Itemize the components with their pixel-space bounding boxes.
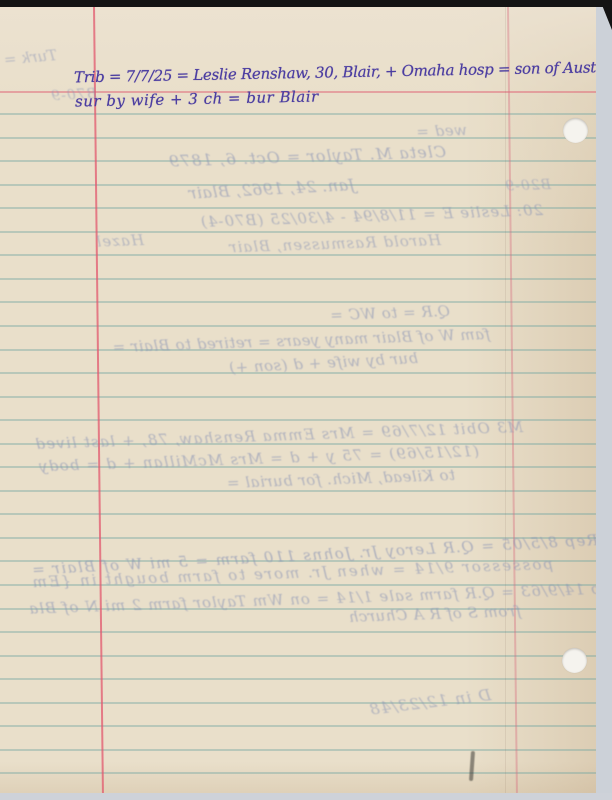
hole-punch-top: [563, 118, 588, 143]
bleed-text-line: wed =: [416, 121, 468, 141]
ruled-line: [0, 678, 596, 680]
bleed-text-line: Turk =: [3, 46, 58, 69]
bleed-text-line: Harold Rasmussen, Blair: [228, 231, 441, 256]
paper-crease: [505, 6, 506, 793]
scan-edge-bottom: [0, 793, 612, 800]
bleed-text-line: Hazel: [95, 231, 144, 251]
bleed-text-line: 20: Leslie E = 11/8/94 - 4/30/25 (B70-4): [200, 201, 544, 231]
ruled-line: [0, 490, 596, 492]
ruled-line: [0, 278, 596, 280]
ruled-line: [0, 396, 596, 398]
left-margin-line: [93, 6, 104, 793]
ruled-line: [0, 254, 596, 256]
ruled-line: [0, 301, 596, 303]
pencil-smudge: [469, 751, 475, 781]
ruled-line: [0, 231, 596, 233]
ruled-line: [0, 113, 596, 115]
bleed-text-line: D in 12/23/48: [367, 685, 492, 719]
ruled-line: [0, 655, 596, 657]
ruled-line: [0, 772, 596, 774]
right-margin-line: [507, 6, 517, 793]
bleed-text-line: B20-9: [504, 177, 551, 195]
ruled-line: [0, 137, 596, 139]
handwritten-entry-line-1: Trib = 7/7/25 = Leslie Renshaw, 30, Blai…: [74, 58, 612, 87]
ruled-line: [0, 725, 596, 727]
ruled-line: [0, 749, 596, 751]
scan-edge-top: [0, 0, 612, 7]
bleed-text-line: fam W of Blair many years = retired to B…: [112, 325, 490, 356]
ruled-line: [0, 631, 596, 633]
scan-edge-right: [596, 0, 612, 800]
bleed-text-line: Cleta M. Taylor = Oct. 6, 1879: [168, 142, 447, 171]
paper-sheet: Turk =B70-9wed =Cleta M. Taylor = Oct. 6…: [0, 6, 596, 793]
hole-punch-bottom: [562, 648, 587, 673]
bleed-text-line: Q.R = to WC =: [329, 302, 450, 324]
handwritten-entry-line-2: sur by wife + 3 ch = bur Blair: [75, 87, 319, 110]
ruled-line: [0, 325, 596, 327]
ruled-line: [0, 702, 596, 704]
ruled-line: [0, 513, 596, 515]
bleed-text-line: Jan. 24, 1962, Blair: [188, 175, 356, 203]
bleed-text-line: to Kilead, Mich. for burial =: [226, 466, 455, 492]
